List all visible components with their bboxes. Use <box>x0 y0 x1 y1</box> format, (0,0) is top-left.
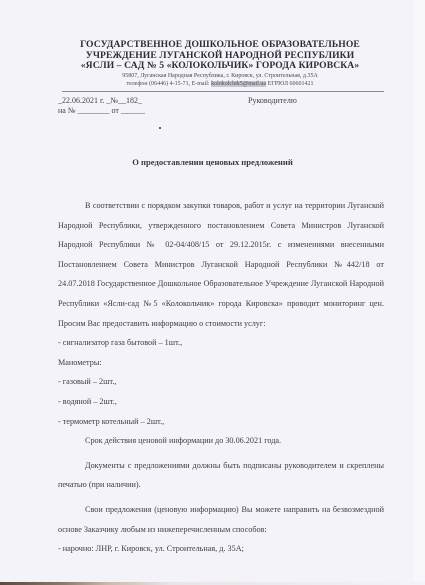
paragraph-signature: Документы с предложениями должны быть по… <box>58 456 384 495</box>
document-body: В соответствии с порядком закупки товаро… <box>58 196 384 559</box>
incoming-number: на № ________ от ______ <box>58 106 145 116</box>
outgoing-number: _22.06.2021 г. _№__182_ <box>58 96 145 106</box>
paragraph-validity: Срок действия ценовой информации до 30.0… <box>58 431 384 451</box>
letterhead: ГОСУДАРСТВЕННОЕ ДОШКОЛЬНОЕ ОБРАЗОВАТЕЛЬН… <box>60 40 380 88</box>
scanned-page: ГОСУДАРСТВЕННОЕ ДОШКОЛЬНОЕ ОБРАЗОВАТЕЛЬН… <box>0 0 413 582</box>
org-contacts: телефон (06446) 4-15-71, E-mail: kolokol… <box>60 80 380 88</box>
scan-edge <box>413 0 425 585</box>
list-item: - газовый – 2шт., <box>58 372 384 392</box>
document-title: О предоставлении ценовых предложений <box>0 157 425 167</box>
list-item: - сигнализатор газа бытовой – 1шт., <box>58 333 384 353</box>
header-divider <box>62 91 384 92</box>
email-link[interactable]: kolokolchik5@mail.ua <box>211 81 266 87</box>
registry-code: ЕГРЮЛ 60601421 <box>266 81 313 87</box>
org-name-line-1: ГОСУДАРСТВЕННОЕ ДОШКОЛЬНОЕ ОБРАЗОВАТЕЛЬН… <box>60 40 380 51</box>
scan-speck <box>159 127 161 129</box>
recipient: Руководителю <box>248 96 297 105</box>
list-item: - термометр котельный – 2шт., <box>58 412 384 432</box>
submission-method: - нарочно: ЛНР, г. Кировск, ул. Строител… <box>58 539 384 559</box>
list-heading: Манометры: <box>58 353 384 373</box>
paragraph-submission: Свои предложения (ценовую информацию) Вы… <box>58 500 384 539</box>
list-item: - водяной – 2шт., <box>58 392 384 412</box>
org-name-line-3: «ЯСЛИ – САД № 5 «КОЛОКОЛЬЧИК» ГОРОДА КИР… <box>60 61 380 72</box>
letter-reference: _22.06.2021 г. _№__182_ на № ________ от… <box>58 96 145 116</box>
paragraph-request: В соответствии с порядком закупки товаро… <box>58 196 384 333</box>
phone: телефон (06446) 4-15-71, E-mail: <box>126 81 211 87</box>
org-address: 95807, Луганская Народная Республика, г.… <box>60 72 380 80</box>
